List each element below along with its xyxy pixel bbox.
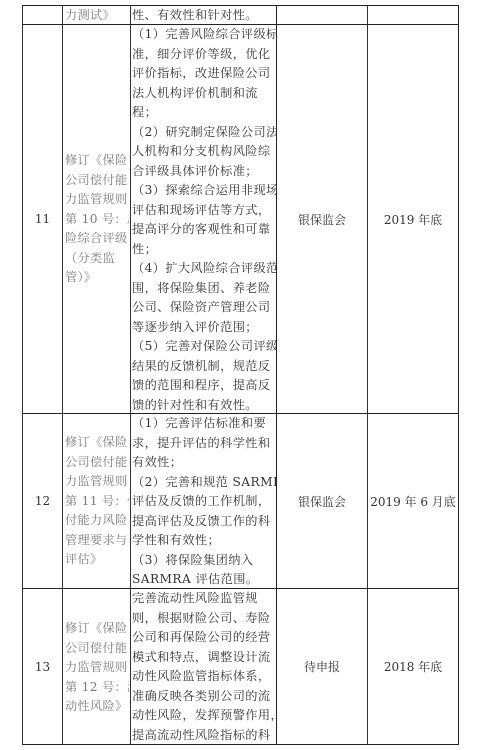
content-line: SARMRA 评估范围。 <box>132 570 276 590</box>
cell-department: 银保监会 <box>277 25 368 413</box>
table-row: 11 修订《保险 公司偿付能 力监管规则 第 10 号：风 险综合评级 （分类监… <box>22 25 459 414</box>
content-line: 模式和特点，调整设计流 <box>132 648 276 668</box>
content-line: 提高流动性风险指标的科 <box>132 726 276 746</box>
content-line: （3）探索综合运用非现场 <box>132 181 276 201</box>
cell-no <box>22 6 63 24</box>
content-line: （3）将保险集团纳入 <box>132 551 276 571</box>
title-line: （分类监 <box>65 249 129 269</box>
content-line: 动性风险，发挥预警作用， <box>132 706 276 726</box>
cell-content: 性、有效性和针对性。 <box>131 6 277 24</box>
content-line: 求，提升评估的科学性和 <box>132 434 276 454</box>
cell-content: 完善流动性风险监管规 则，根据财险公司、寿险 公司和再保险公司的经营 模式和特点… <box>131 589 277 744</box>
title-line: 力监管规则 <box>65 190 129 210</box>
cell-deadline: 2019 年 6 月底 <box>368 414 459 588</box>
content-line: 评估及反馈的工作机制， <box>132 492 276 512</box>
title-line: 评估》 <box>65 550 129 570</box>
content-line: 合评级具体评价标准； <box>132 162 276 182</box>
cell-content: （1）完善风险综合评级标 准，细分评价等级，优化 评价指标，改进保险公司 法人机… <box>131 25 277 413</box>
title-line: 动性风险》 <box>65 697 129 717</box>
content-line: （2）完善和规范 SARMRA <box>132 473 276 493</box>
cell-title: 力测试》 <box>63 6 131 24</box>
cell-deadline: 2019 年底 <box>368 25 459 413</box>
content-line: 围，将保险集团、养老险 <box>132 279 276 299</box>
cell-content: （1）完善评估标准和要 求，提升评估的科学性和 有效性； （2）完善和规范 SA… <box>131 414 277 588</box>
content-line: 公司、保险资产管理公司 <box>132 298 276 318</box>
content-line: 有效性； <box>132 453 276 473</box>
content-line: （4）扩大风险综合评级范 <box>132 259 276 279</box>
cell-no: 13 <box>22 589 63 744</box>
title-line: 第 12 号：流 <box>65 678 129 698</box>
content-line: （1）完善评估标准和要 <box>132 414 276 434</box>
title-line: 公司偿付能 <box>65 639 129 659</box>
content-line: 提高评分的客观性和可靠 <box>132 220 276 240</box>
title-line: 公司偿付能 <box>65 171 129 191</box>
content-line: 性； <box>132 240 276 260</box>
content-line: 公司和再保险公司的经营 <box>132 628 276 648</box>
title-line: 付能力风险 <box>65 511 129 531</box>
content-line: 人机构和分支机构风险综 <box>132 142 276 162</box>
cell-department: 待申报 <box>277 589 368 744</box>
title-line: 力监管规则 <box>65 658 129 678</box>
title-line: 管理要求与 <box>65 531 129 551</box>
cell-title: 修订《保险 公司偿付能 力监管规则 第 12 号：流 动性风险》 <box>63 589 131 744</box>
cell-no: 11 <box>22 25 63 413</box>
content-line: 馈的范围和程序，提高反 <box>132 376 276 396</box>
title-line: 修订《保险 <box>65 433 129 453</box>
title-line: 修订《保险 <box>65 151 129 171</box>
content-line: 学性和有效性； <box>132 531 276 551</box>
cell-department: 银保监会 <box>277 414 368 588</box>
table-row: 力测试》 性、有效性和针对性。 <box>22 5 459 25</box>
content-line: 结果的反馈机制，规范反 <box>132 357 276 377</box>
table-row: 12 修订《保险 公司偿付能 力监管规则 第 11 号：偿 付能力风险 管理要求… <box>22 414 459 589</box>
content-line: 准确反映各类别公司的流 <box>132 687 276 707</box>
content-line: （2）研究制定保险公司法 <box>132 123 276 143</box>
cell-no: 12 <box>22 414 63 588</box>
regulation-table: 力测试》 性、有效性和针对性。 11 修订《保险 公司偿付能 力监管规则 第 1… <box>22 5 459 745</box>
content-line: 程； <box>132 103 276 123</box>
content-line: 准，细分评价等级，优化 <box>132 45 276 65</box>
cell-deadline: 2018 年底 <box>368 589 459 744</box>
title-line: 第 11 号：偿 <box>65 492 129 512</box>
cell-department <box>277 6 368 24</box>
title-line: 险综合评级 <box>65 229 129 249</box>
content-line: 动性风险监管指标体系， <box>132 667 276 687</box>
title-line: 第 10 号：风 <box>65 210 129 230</box>
cell-title: 修订《保险 公司偿付能 力监管规则 第 10 号：风 险综合评级 （分类监 管）… <box>63 25 131 413</box>
content-line: 则，根据财险公司、寿险 <box>132 609 276 629</box>
content-line: 性、有效性和针对性。 <box>132 6 276 26</box>
title-line: 修订《保险 <box>65 619 129 639</box>
content-line: （5）完善对保险公司评级 <box>132 337 276 357</box>
content-line: 提高评估及反馈工作的科 <box>132 512 276 532</box>
title-line: 管）》 <box>65 268 129 288</box>
content-line: 评价指标，改进保险公司 <box>132 64 276 84</box>
content-line: 馈的针对性和有效性。 <box>132 396 276 416</box>
content-line: （1）完善风险综合评级标 <box>132 25 276 45</box>
content-line: 等逐步纳入评价范围； <box>132 318 276 338</box>
cell-deadline <box>368 6 459 24</box>
title-line: 公司偿付能 <box>65 453 129 473</box>
cell-title: 修订《保险 公司偿付能 力监管规则 第 11 号：偿 付能力风险 管理要求与 评… <box>63 414 131 588</box>
table-row: 13 修订《保险 公司偿付能 力监管规则 第 12 号：流 动性风险》 完善流动… <box>22 589 459 745</box>
content-line: 评估和现场评估等方式， <box>132 201 276 221</box>
title-line: 力测试》 <box>65 6 129 26</box>
title-line: 力监管规则 <box>65 472 129 492</box>
content-line: 完善流动性风险监管规 <box>132 589 276 609</box>
content-line: 法人机构评价机制和流 <box>132 84 276 104</box>
